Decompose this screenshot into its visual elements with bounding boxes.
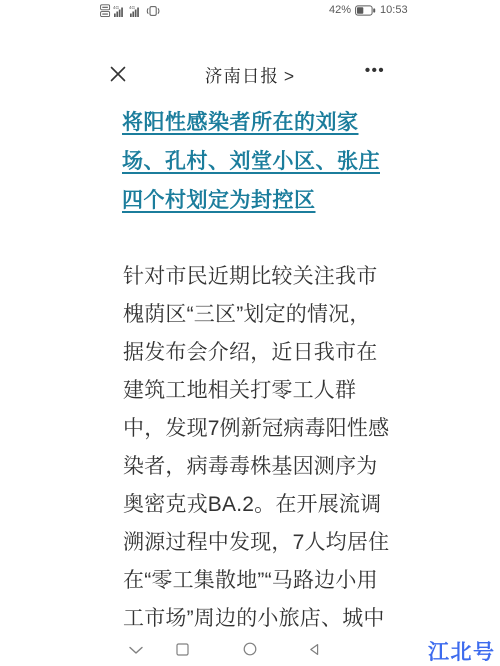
system-nav-bar [0, 638, 500, 666]
nav-hide-button[interactable] [128, 646, 144, 655]
article-body-paragraph: 针对市民近期比较关注我市 槐荫区“三区”划定的情况， 据发布会介绍，近日我市在 … [123, 258, 395, 638]
nav-recents-button[interactable] [176, 643, 189, 656]
chevron-right-icon: > [284, 66, 295, 86]
volte-dual-sim-icon [101, 5, 110, 17]
ellipsis-icon: ••• [365, 62, 385, 79]
triangle-back-icon [308, 643, 321, 656]
account-title[interactable]: 济南日报> [0, 63, 500, 88]
battery-icon [355, 5, 376, 16]
article-header: 济南日报> ••• [0, 28, 500, 62]
status-left-icons: 4G 4G [100, 4, 162, 18]
status-bar: 4G 4G [0, 0, 500, 22]
watermark: 江北号 [428, 636, 496, 666]
account-name: 济南日报 [205, 66, 279, 86]
signal-4g-icon-2: 4G [129, 5, 139, 17]
svg-text:4G: 4G [113, 5, 120, 10]
signal-4g-icon: 4G [113, 5, 123, 17]
clock: 10:53 [380, 3, 408, 17]
square-recents-icon [176, 643, 189, 656]
chevron-down-icon [128, 646, 144, 655]
more-button[interactable]: ••• [360, 58, 390, 82]
circle-home-icon [243, 642, 257, 656]
nav-back-button[interactable] [308, 643, 321, 656]
article-headline-link[interactable]: 将阳性感染者所在的刘家 场、孔村、刘堂小区、张庄 四个村划定为封控区 [122, 103, 388, 220]
battery-percent: 42% [329, 3, 351, 17]
nav-home-button[interactable] [243, 642, 257, 656]
phone-screen: 4G 4G [0, 0, 500, 666]
svg-text:4G: 4G [129, 5, 136, 10]
vibrate-icon [147, 7, 159, 16]
status-icons-group: 4G 4G [100, 4, 162, 18]
status-right-cluster: 42% 10:53 [329, 3, 408, 17]
